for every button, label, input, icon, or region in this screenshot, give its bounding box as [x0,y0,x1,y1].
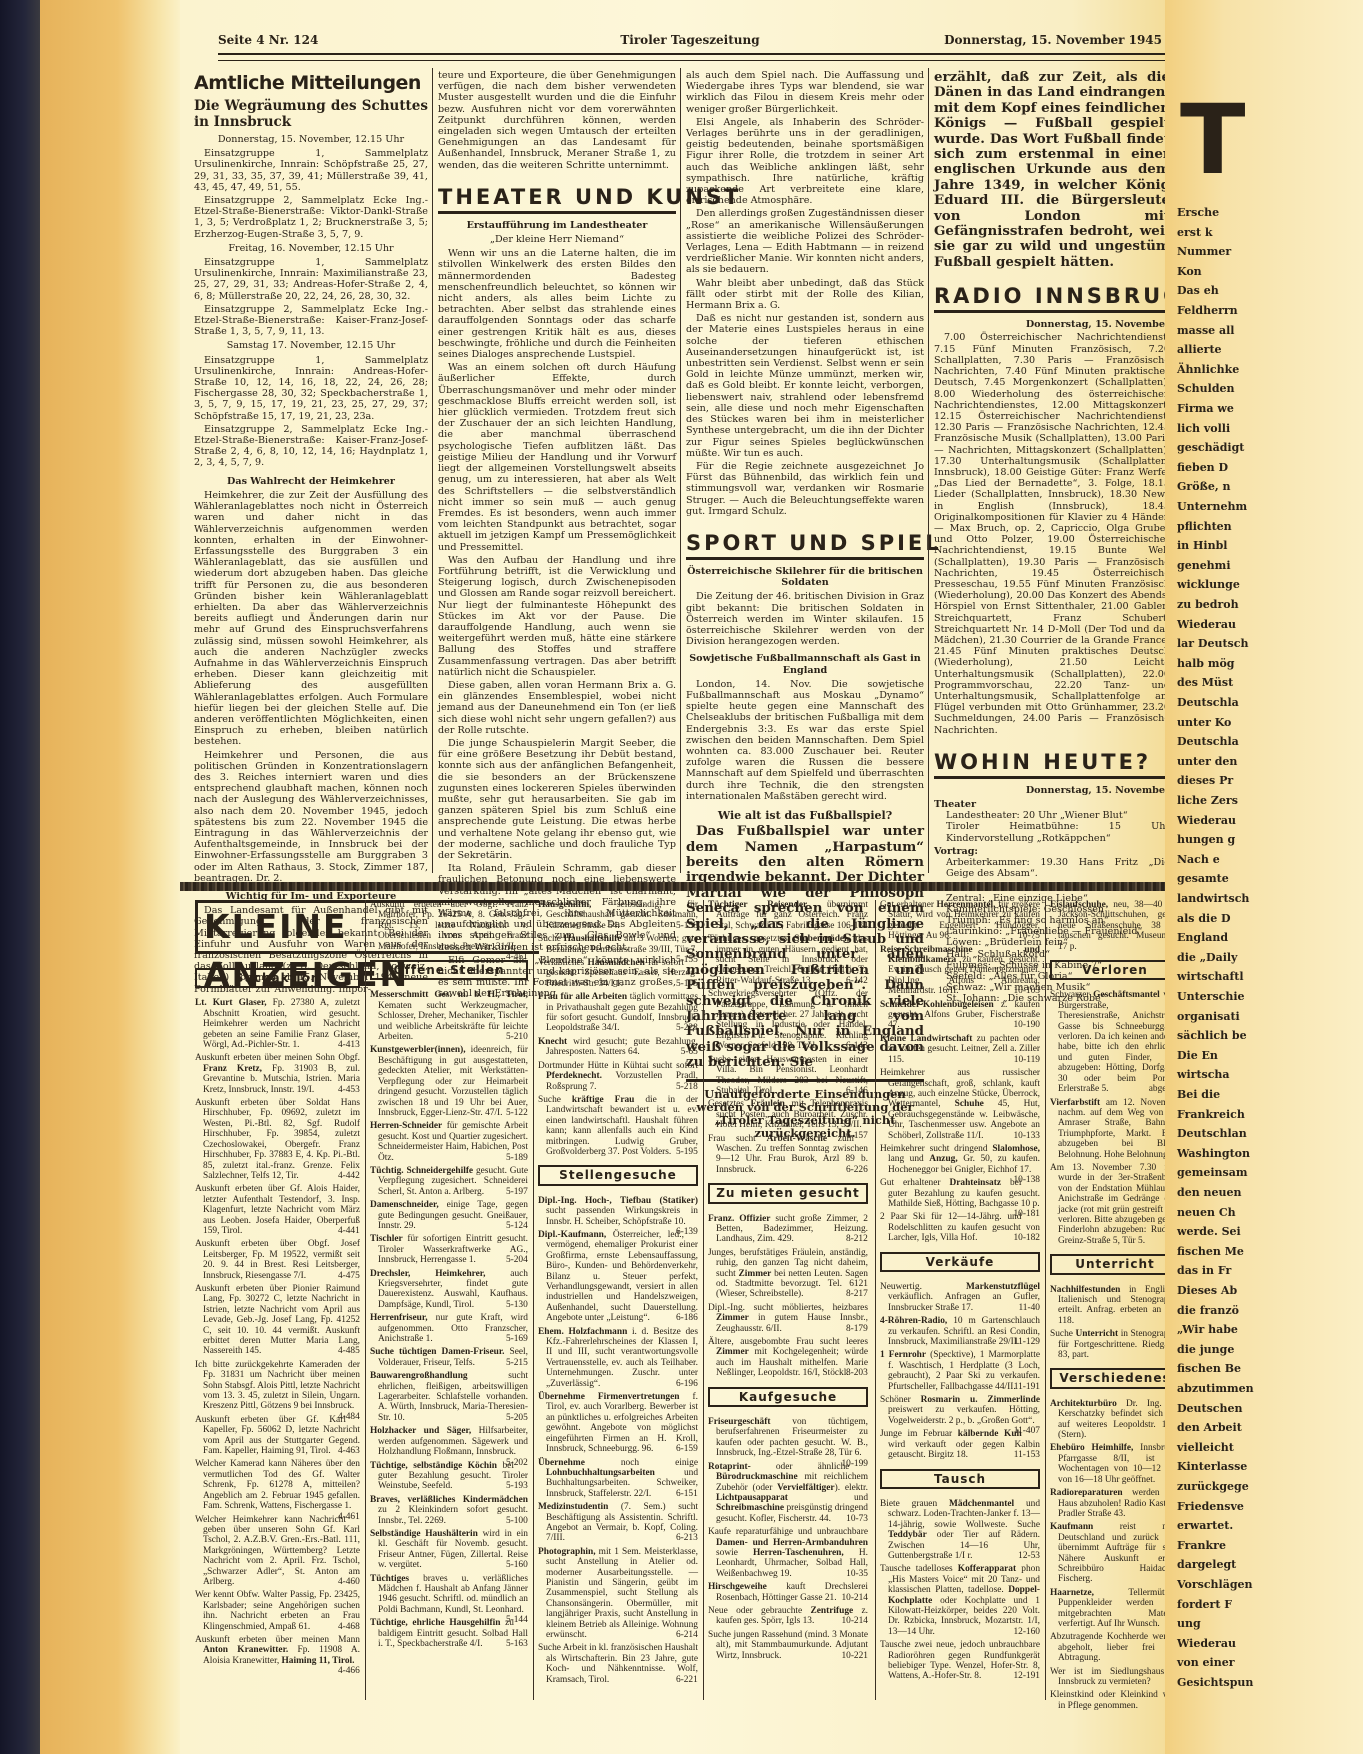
adjacent-text-line: erwartet. [1177,1518,1233,1534]
classified-ad: 4-Röhren-Radio, 10 m Gartenschlauch zu v… [880,1316,1040,1347]
ad-code: 5-169 [514,1334,528,1344]
ad-code: 10-181 [1021,1209,1040,1219]
radio-program: 7.00 Österreichischer Nachrichtendienst,… [934,332,1170,735]
ad-code: 6-186 [684,1313,698,1323]
ad-code: 6-221 [684,1675,698,1685]
adjacent-text-line: Unternehm [1177,499,1247,515]
paragraph: Heimkehrer, die zur Zeit der Ausfüllung … [194,490,428,748]
adjacent-text-line: fischen Me [1177,1244,1244,1260]
event-category: Vortrag: [934,846,1170,857]
ad-code: 5-228 [684,1023,698,1033]
adjacent-text-line: Feldherrn [1177,303,1238,319]
adjacent-text-line: Kon [1177,264,1202,280]
classified-ad: Kaufmann reist nach Deutschland und zurü… [1050,1522,1170,1584]
adjacent-text-line: halb mög [1177,656,1235,672]
paragraph: Wenn wir uns an die Laterne halten, die … [438,248,676,360]
column-official-notices: Amtliche Mitteilungen Die Wegräumung des… [194,70,428,997]
ad-code: 10-75 [1026,931,1040,941]
classified-ad: Frau sucht Arbeit-Wäsche zum Waschen. Zu… [708,1134,868,1176]
ad-code: 5-204 [514,1255,528,1265]
adjacent-text-line: Frankre [1177,1538,1226,1554]
adjacent-text-line: Dieses Ab [1177,1283,1237,1299]
sport-article-football: London, 14. Nov. Die sowjetische Fußball… [686,679,924,802]
adjacent-text-line: „Wir habe [1177,1322,1238,1338]
article-kicker: Erstaufführung im Landestheater [438,220,676,231]
event-category: Theater [934,799,1170,810]
classified-ad: Schneider-Kohlenbügeleisen z. kaufen ges… [880,1000,1040,1031]
section-title-amtliche: Amtliche Mitteilungen [194,72,428,94]
ad-code: 6-213 [684,1533,698,1543]
classified-ad: Neue oder gebrauchte Zentrifuge z. kaufe… [708,1606,868,1627]
adjacent-text-line: Deutschla [1177,734,1239,750]
paragraph: Was an einem solchen oft durch Häufung ä… [438,362,676,552]
adjacent-text-line: Ersche [1177,205,1219,221]
classified-ad: Haarnetze, Tellermützen, Puppenkleider w… [1050,1588,1170,1630]
column-divider [703,900,704,1700]
adjacent-text-line: pflichten [1177,519,1232,535]
ad-code: 10-182 [1021,1233,1040,1243]
classified-ad: Herren-Schneider für gemischte Arbeit ge… [370,1121,528,1163]
column-divider [533,900,534,1700]
ad-code: 6-134 [854,921,868,931]
classified-ad: 2 Paar Ski für 12—14-Jährg. und Rodelsch… [880,1212,1040,1243]
adjacent-text-line: dieses Pr [1177,773,1233,789]
classified-category-heading: Kaufgesuche [708,1387,868,1407]
classified-ad: Suche Haushaltshilfe auf 3 Wochen; gute … [538,934,698,955]
adjacent-text-line: erst k [1177,225,1213,241]
classified-ad: Suche einen Hauswartposten in einer Vill… [708,1055,868,1097]
classifieds-column: Tüchtiger Reisender übernimmt Aufträge f… [708,900,868,1664]
classified-category-heading: Suchaktion [195,968,360,988]
ad-code: 10-214 [849,1616,868,1626]
classified-ad: Auskunft erbeten über meinen Sohn Obgf. … [195,1053,360,1095]
classified-ad: Tausche zwei neue, jedoch unbrauchbare R… [880,1640,1040,1682]
adjacent-text-line: neuen Ch [1177,1205,1236,1221]
paragraph: Was den Aufbau der Handlung und ihre For… [438,555,676,678]
adjacent-text-line: Nach e [1177,852,1220,868]
ad-code: 6-196 [684,1379,698,1389]
classified-ad: Suche Unterricht in Stenographie für For… [1050,1329,1170,1360]
classified-ad: Auskunft erbeten über Obgf. Franz Mairho… [370,900,528,952]
paragraph: Einsatzgruppe 2, Sammelplatz Ecke Ing.-E… [194,195,428,240]
classified-ad: Ehebüro Heimhilfe, Innsbruck, Pfarrgasse… [1050,1443,1170,1485]
ad-code: 5-144 [514,1615,528,1625]
classified-ad: Junge im Februar kälbernde Kuh wird verk… [880,1429,1040,1460]
adjacent-text-line: Größe, n [1177,479,1231,495]
adjacent-text-line: fischen Be [1177,1361,1241,1377]
classified-category-heading: Tausch [880,1469,1040,1489]
event-item: Arbeiterkammer: 19.30 Hans Fritz „Die Ge… [934,857,1170,879]
classified-category-heading: Offene Stellen [370,960,528,980]
ad-code: 5-122 [514,1108,528,1118]
article-headline-schutt: Die Wegräumung des Schuttes in Innsbruck [194,98,428,130]
classified-ad: Drechsler, Heimkehrer, auch Kriegsverseh… [370,1269,528,1311]
adjacent-text-line: Gesichtspun [1177,1675,1253,1691]
adjacent-text-line: die junge [1177,1342,1234,1358]
ad-code: 6-214 [684,1630,698,1640]
classified-ad: Kleine Landwirtschaft zu pachten oder zu… [880,1034,1040,1065]
adjacent-text-line: Friedensve [1177,1499,1244,1515]
adjacent-text-line: allierte [1177,342,1222,358]
classified-ad: Ich bitte zurückgekehrte Kameraden der F… [195,1360,360,1412]
classified-ad: Dipl.-Ing. Hoch-, Tiefbau (Statiker) suc… [538,1196,698,1227]
classified-ad: Suche kräftige Frau die in der Landwirts… [538,1095,698,1157]
classified-ad: Ältere, ausgebombte Frau sucht leeres Zi… [708,1337,868,1379]
classified-ad: Knecht wird gesucht; gute Bezahlung. Jah… [538,1037,698,1058]
adjacent-text-line: zu bedroh [1177,597,1239,613]
ad-code: 4-451 [514,952,528,962]
adjacent-text-line: Washington [1177,1146,1250,1162]
ad-code: 4-453 [346,1085,360,1095]
classified-ad: Tüchtig. Schneidergehilfe gesucht. Gute … [370,1166,528,1197]
classified-ad: Architekturbüro Dr. Ing. O. Kerschatzky … [1050,1399,1170,1441]
radio-date: Donnerstag, 15. November [934,319,1170,330]
column-divider [875,900,876,1700]
section-title-radio: RADIO INNSBRUCK [934,284,1170,313]
adjacent-page: T Erscheerst kNummerKonDas ehFeldherrnma… [1165,0,1363,1754]
classifieds-column: Hausgehilfin, selbständig, für Geschäfts… [538,900,698,1688]
adjacent-text-line: organisati [1177,1009,1240,1025]
adjacent-text-line: als die D [1177,911,1231,927]
ad-code: 4-441 [346,1226,360,1236]
classified-ad: Tüchtige, selbständige Köchin bei guter … [370,1461,528,1492]
paragraph: als auch dem Spiel nach. Die Auffassung … [686,70,924,115]
ad-code: 5-124 [514,1221,528,1231]
adjacent-text-line: Nummer [1177,244,1231,260]
adjacent-text-line: Firma we [1177,401,1234,417]
ad-code: 5-160 [514,1560,528,1570]
ad-code: 5-100 [514,1516,528,1526]
classified-ad: Auskunft erbeten über Pionier Raimund La… [195,1284,360,1357]
ad-code: 4-461 [346,1512,360,1522]
classified-ad: Heimkehrer sucht dringend Slalomhose, la… [880,1144,1040,1175]
paragraph: Einsatzgruppe 2, Sammelplatz Ecke Ing.-E… [194,424,428,469]
adjacent-text-line: unter den [1177,754,1237,770]
adjacent-text-line: Wiederau [1177,813,1236,829]
ad-code: 4-468 [346,1622,360,1632]
adjacent-text-line: ung [1177,1616,1201,1632]
ad-code: 11-191 [1022,1382,1040,1392]
classified-ad: Suche tüchtigen Damen-Friseur. Seel, Vol… [370,1347,528,1368]
adjacent-text-line: genehmi [1177,558,1231,574]
classified-ad: Schöner Rosmarin u. Zimmerlinde preiswer… [880,1395,1040,1426]
classified-category-heading: Stellengesuche [538,1165,698,1185]
classified-ad: Frau für alle Arbeiten täglich vormittag… [538,992,698,1034]
football-history-headline: Wie alt ist das Fußballspiel? [686,810,924,821]
classified-ad: Tüchtiges braves u. verläßliches Mädchen… [370,1574,528,1616]
issue-date: Donnerstag, 15. November 1945 [944,33,1162,47]
classifieds-column: Auskunft erbeten über Obgf. Franz Mairho… [370,900,528,1652]
classified-ad: Nachhilfestunden in Englisch, Italienisc… [1050,1285,1170,1327]
paragraph: Einsatzgruppe 1, Sammelplatz Ursulinenki… [194,257,428,302]
classified-ad: Kunstgewerbler(innen), ideenreich, für B… [370,1045,528,1118]
ad-code: 8-217 [854,1289,868,1299]
ad-code: 5-163 [514,1639,528,1649]
adjacent-text-line: sächlich be [1177,1028,1247,1044]
adjacent-text-line: landwirtsch [1177,891,1249,907]
classified-ad: Messerschmitt Ges. m. b. H., Tirol, Kema… [370,990,528,1042]
adjacent-text-line: unter Ko [1177,715,1231,731]
ad-code: 4-442 [346,1171,360,1181]
ad-code: 5-210 [514,1032,528,1042]
classified-ad: Biete grauen Mädchenmantel und schwarz. … [880,1499,1040,1561]
ad-code: 4-460 [346,1577,360,1587]
ad-code: 10-199 [849,1459,868,1469]
classified-ad: Dipl.-Kaufmann, Österreicher, led., verm… [538,1230,698,1324]
paragraph: Daß es nicht nur gestanden ist, sondern … [686,313,924,459]
classified-ad: Vierfarbstift am 12. November nachm. auf… [1050,1098,1170,1160]
classified-ad: Kaufe reparaturfähige und unbrauchbare D… [708,1527,868,1579]
classified-ad: Tüchtige, ehrliche Hausgehilfin zu baldi… [370,1618,528,1649]
paragraph: Einsatzgruppe 1, Sammelplatz Ursulinenki… [194,355,428,422]
classified-ad: Photographin, mit 1 Sem. Meisterklasse, … [538,1547,698,1641]
ad-code: 4-463 [346,1446,360,1456]
ad-code: 12-53 [1026,1551,1040,1561]
classified-ad: Radioreparaturen werden ins Haus abzuhol… [1050,1488,1170,1519]
adjacent-text-line: des Müst [1177,675,1233,691]
adjacent-text-line: in Hinbl [1177,538,1227,554]
ad-code: 5-158 [684,921,698,931]
classified-ad: Schwarzer Geschäftsmantel vom Bürgerstra… [1050,990,1170,1094]
classified-ad: Gut erhaltener Herrenmantel, für größere… [880,900,1040,942]
article-body-schutt: Donnerstag, 15. November, 12.15 UhrEinsa… [194,134,428,995]
ad-code: 5-189 [514,1153,528,1163]
classified-ad: Tüchtiger Reisender übernimmt Aufträge f… [708,900,868,931]
ad-code: 5-193 [514,1481,528,1491]
paragraph: Diese gaben, allen voran Hermann Brix a.… [438,680,676,736]
classified-ad: Hirschgeweihe kauft Drechslerei Rosenbac… [708,1582,868,1603]
paragraph: Den allerdings großen Zugeständnissen di… [686,208,924,275]
ad-code: 4-466 [346,1666,360,1676]
ad-code: 6-226 [854,1165,868,1175]
schedule-day-heading: Samstag 17. November, 12.15 Uhr [194,340,428,351]
ad-code: 6-157 [854,1131,868,1141]
adjacent-text-line: vielleicht [1177,1440,1234,1456]
column-divider [1045,900,1046,1700]
classified-ad: Rotaprint- oder ähnliche Bürodruckmaschi… [708,1462,868,1524]
adjacent-text-line: liche Zers [1177,793,1238,809]
classified-ad: Übernehme noch einige Lohnbuchhaltungsar… [538,1458,698,1500]
column-divider [432,68,433,873]
classified-ad: Junges, berufstätiges Fräulein, anständi… [708,1248,868,1300]
classified-ad: Gesetztes Fräulein mit Telephonpraxis su… [708,1099,868,1130]
classified-ad: 1 Fernrohr (Specktive), 1 Marmorplatte f… [880,1350,1040,1392]
sport-kicker-football: Sowjetische Fußballmannschaft als Gast i… [686,653,924,675]
classified-ad: Franz. Offizier sucht große Zimmer, 2 Be… [708,1214,868,1245]
schedule-day-heading: Donnerstag, 15. November, 12.15 Uhr [194,134,428,145]
classified-ad: Tüchtiges, gesetztes Stubenmädel, das im… [708,934,868,986]
sport-kicker-ski: Österreichische Skilehrer für die britis… [686,566,924,588]
section-title-wohin: WOHIN HEUTE? [934,750,1170,779]
adjacent-text-line: zurückgege [1177,1479,1249,1495]
running-header: Seite 4 Nr. 124 Tiroler Tageszeitung Don… [218,33,1162,51]
ad-code: 6-151 [684,1489,698,1499]
ad-code: 11-407 [1022,1426,1040,1436]
ad-code: 6-159 [684,1444,698,1454]
classified-ad: Auskunft erbeten über Obgf. Josef Leitsb… [195,1239,360,1281]
column-theater: teure und Exporteure, die über Genehmigu… [438,70,676,1002]
ad-code: 4-413 [346,1040,360,1050]
classified-ad: Wer kennt Obfw. Walter Passig, Fp. 23425… [195,1590,360,1632]
ad-code: 4-475 [346,1271,360,1281]
section-title-theater: THEATER UND KUNST [438,185,676,214]
ad-code: 10-103 [1021,986,1040,996]
ad-code: 12-160 [1021,1627,1040,1637]
ad-code: 5-215 [514,1358,528,1368]
classified-ad: Welcher Kamerad kann Näheres über den ve… [195,1459,360,1511]
ad-code: 10-138 [1021,1175,1040,1185]
classified-ad: Medizinstudentin (7. Sem.) sucht Beschäf… [538,1502,698,1544]
adjacent-text-line: Frankreich [1177,1107,1245,1123]
ad-code: 10-35 [854,1569,868,1579]
sport-article-ski: Die Zeitung der 46. britischen Division … [686,591,924,647]
adjacent-text-line: Die En [1177,1048,1218,1064]
ad-code: 5-202 [514,1458,528,1468]
ad-code: 8-203 [854,1368,868,1378]
classified-category-heading: Unterricht [1050,1254,1170,1274]
article-continuation: teure und Exporteure, die über Genehmigu… [438,70,676,171]
ad-code: 4-485 [346,1346,360,1356]
adjacent-text-line: Wiederau [1177,617,1236,633]
section-divider-band [180,882,1170,891]
ad-code: 10-73 [854,1514,868,1524]
ad-code: 11-153 [1022,1450,1040,1460]
classified-ad: Lt. Kurt Glaser, Fp. 27380 A, zuletzt Ab… [195,998,360,1050]
adjacent-text-line: England [1177,930,1228,946]
paragraph: Einsatzgruppe 1, Sammelplatz Ursulinenki… [194,148,428,193]
classified-ad: Am 13. November 7.30 früh wurde in der 3… [1050,1163,1170,1246]
classifieds-column: Gut erhaltener Herrenmantel, für größere… [880,900,1040,1685]
classified-ad: Holzhacker und Säger, Hilfsarbeiter, wer… [370,1426,528,1457]
newspaper-page: Seite 4 Nr. 124 Tiroler Tageszeitung Don… [180,0,1170,1754]
classified-category-heading: Verschiedenes [1050,1368,1170,1388]
paragraph: Heimkehrer und Personen, die aus politis… [194,750,428,884]
adjacent-text-line: die „Daily [1177,950,1237,966]
ad-code: 4-484 [346,1412,360,1422]
ad-code: 5-195 [684,1147,698,1157]
adjacent-text-line: den neuen [1177,1185,1242,1201]
ad-code: 11-129 [1022,1337,1040,1347]
classified-category-heading: Verkäufe [880,1252,1040,1272]
ad-code: 10-119 [1022,1055,1040,1065]
adjacent-text-line: Schulden [1177,381,1235,397]
classified-ad: Ehem. Holzfachmann i. d. Besitze des Kfz… [538,1327,698,1389]
column-divider [680,68,681,873]
adjacent-text-line: von einer [1177,1655,1235,1671]
classified-ad: Abzutragende Kochherde werden abgeholt, … [1050,1632,1170,1663]
ad-code: 5-218 [684,1082,698,1092]
classified-ad: Heimkehrer aus russischer Gefangenschaft… [880,1068,1040,1141]
adjacent-text-line: Deutschla [1177,695,1239,711]
paragraph: Einsatzgruppe 2, Sammelplatz Ecke Ing.-E… [194,304,428,338]
classified-ad: Wer ist im Siedlungshaus in Innsbruck zu… [1050,1667,1170,1688]
adjacent-text-line: Ähnlichke [1177,362,1239,378]
adjacent-text-line: Deutschen [1177,1401,1243,1417]
adjacent-text-line: Deutschlan [1177,1126,1247,1142]
section-title-sport: SPORT UND SPIEL [686,531,924,560]
adjacent-text-line: Vorschlägen [1177,1577,1253,1593]
column-divider [365,900,366,1700]
ad-code: 5-197 [514,1187,528,1197]
ad-code: 6-139 [684,1227,698,1237]
classified-ad: Neuwertig. Markenstutzflügel verkäuflich… [880,1282,1040,1313]
adjacent-text-line: wirtscha [1177,1067,1230,1083]
classified-ad: Übernehme Firmenvertretungen f. Tirol, e… [538,1392,698,1454]
ad-code: 6-142 [854,976,868,986]
classified-category-heading: Zu mieten gesucht [708,1183,868,1203]
adjacent-text-line: wirtschaftl [1177,969,1244,985]
classifieds-column: SuchaktionLt. Kurt Glaser, Fp. 27380 A, … [195,960,360,1677]
football-history-continued: erzählt, daß zur Zeit, als die Dänen in … [934,70,1170,270]
ad-code: 10-214 [849,1593,868,1603]
adjacent-text-line: abzutimmen [1177,1381,1254,1397]
classified-ad: Selbständige Haushälterin wird in ein kl… [370,1529,528,1571]
classified-ad: Tausche tadelloses Kofferapparat phon „H… [880,1564,1040,1637]
classified-ad: Schwerkriegsversehrter (Offz. der Panzer… [708,989,868,1051]
classified-ad: Verläßliches Hausmädchen für sofort gesu… [538,958,698,989]
adjacent-text-line: lich volli [1177,421,1230,437]
events-date: Donnerstag, 15. November [934,785,1170,796]
adjacent-text-line: gemeinsam [1177,1165,1247,1181]
event-item: Tiroler Heimatbühne: 15 Uhr Kindervorste… [934,821,1170,843]
classified-ad: Gut erhaltener Drahteinsatz bei guter Be… [880,1178,1040,1209]
classified-ad: Suche Arbeit in kl. französischen Hausha… [538,1643,698,1685]
article-headline: Das Wahlrecht der Heimkehrer [194,476,428,487]
play-title: „Der kleine Herr Niemand“ [438,234,676,245]
paragraph: Elsi Angele, als Inhaberin des Schröder-… [686,117,924,207]
paragraph: Die junge Schauspielerin Margit Seeber, … [438,738,676,861]
adjacent-text-line: gesamte [1177,871,1229,887]
ad-code: 5-65 [689,1047,698,1057]
adjacent-text-line: den Arbeit [1177,1420,1242,1436]
classifieds-column: Eislaufschuhe, neu, 38—40 mit Jackson-Sc… [1050,900,1170,1714]
classified-ad: Hausgehilfin, selbständig, für Geschäfts… [538,900,698,931]
adjacent-text-line: Das eh [1177,283,1219,299]
ad-code: 10-221 [849,1651,868,1661]
classified-ad: Auskunft erbeten über Gf. Alois Haider, … [195,1184,360,1236]
classified-ad: Tischler für sofortigen Eintritt gesucht… [370,1234,528,1265]
theater-review-continued: als auch dem Spiel nach. Die Auffassung … [686,70,924,517]
adjacent-text-line: geschädigt [1177,440,1244,456]
adjacent-text-line: Bei die [1177,1087,1220,1103]
classified-ad: Kleinstkind oder Kleinkind wird in Pfleg… [1050,1690,1170,1711]
classified-ad: Auskunft erbeten über Gf. Karl Kapeller,… [195,1415,360,1457]
adjacent-text-line: werde. Sei [1177,1224,1241,1240]
ad-code: 11-40 [1026,1303,1040,1313]
adjacent-text-line: Unterschie [1177,989,1245,1005]
ad-code: 10-190 [1021,1020,1040,1030]
adjacent-text-line: fordert F [1177,1597,1232,1613]
header-rule [218,53,1170,61]
adjacent-text-line: dargelegt [1177,1557,1236,1573]
adjacent-text-line: Kinterlasse [1177,1459,1247,1475]
schedule-day-heading: Freitag, 16. November, 12.15 Uhr [194,243,428,254]
ad-code: 10-133 [1021,1131,1040,1141]
classified-ad: Suche jungen Rassehund (mind. 3 Monate a… [708,1630,868,1661]
ad-code: 8-179 [854,1324,868,1334]
ad-code: 5-105 [684,979,698,989]
adjacent-text-line: hungen g [1177,832,1235,848]
adjacent-text-line: masse all [1177,323,1234,339]
classified-ad: Dipl.-Ing. sucht möbliertes, heizbares Z… [708,1303,868,1334]
book-binding [0,0,40,1754]
classified-ad: Welcher Heimkehrer kann Nachricht geben … [195,1515,360,1588]
classified-ad: Dortmunder Hütte in Kühtai sucht sofort … [538,1061,698,1092]
classified-ad: Damenschneider, einige Tage, gegen gute … [370,1200,528,1231]
classified-ad: Reise-Schreibmaschine und Kleinbildkamer… [880,945,1040,997]
column-radio-events: erzählt, daß zur Zeit, als die Dänen in … [934,70,1170,1005]
adjacent-text-line: die franzö [1177,1303,1239,1319]
